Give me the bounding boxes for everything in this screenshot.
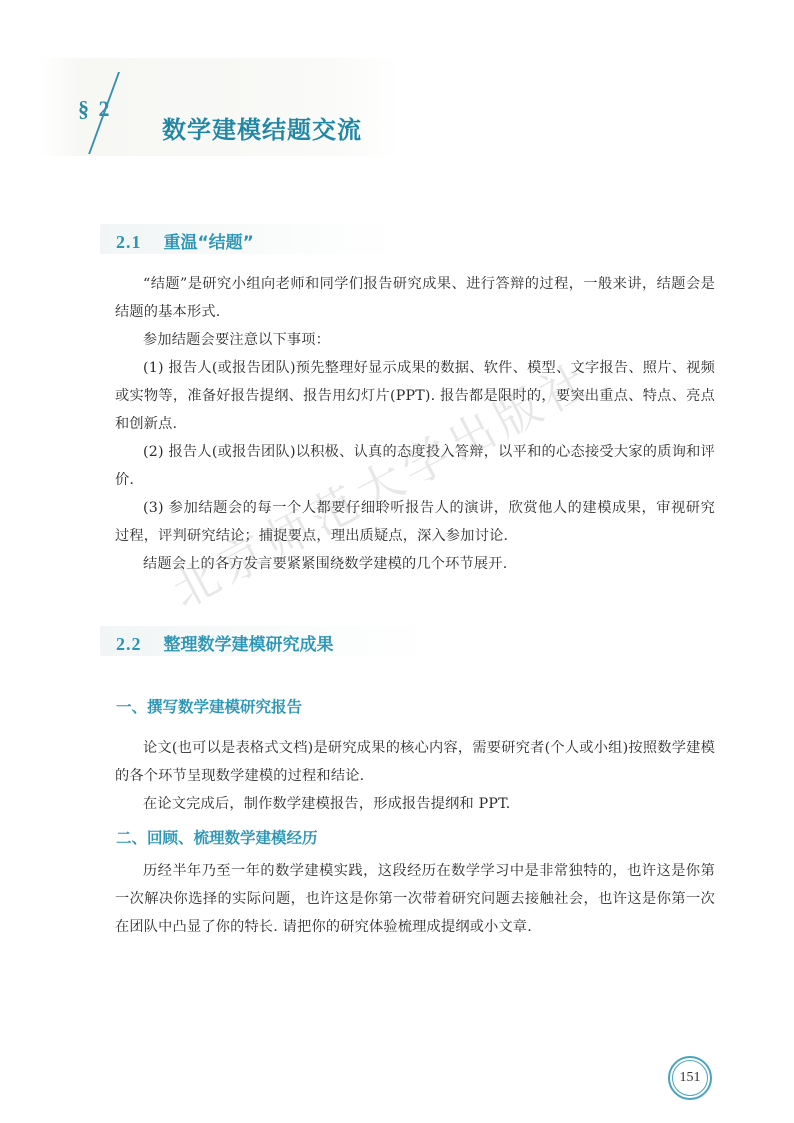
list-item: (2) 报告人(或报告团队)以积极、认真的态度投入答辩，以平和的心态接受大家的质…	[115, 438, 715, 494]
page-number: 151	[672, 1060, 708, 1096]
page-number-badge: 151	[668, 1056, 712, 1100]
list-item: (3) 参加结题会的每一个人都要仔细聆听报告人的演讲，欣赏他人的建模成果，审视研…	[115, 494, 715, 550]
paragraph: 论文(也可以是表格式文档)是研究成果的核心内容，需要研究者(个人或小组)按照数学…	[115, 734, 715, 790]
subsection-number: 2.1	[116, 232, 142, 252]
sub-heading-review-experience: 二、回顾、梳理数学建模经历	[116, 826, 318, 848]
subsection-title: 重温“结题”	[164, 233, 254, 253]
paragraph: 参加结题会要注意以下事项：	[115, 326, 715, 354]
paragraph: “结题”是研究小组向老师和同学们报告研究成果、进行答辩的过程，一般来讲，结题会是…	[115, 270, 715, 326]
subsection-number: 2.2	[116, 634, 142, 654]
textbook-page: § 2 数学建模结题交流 2.1重温“结题” “结题”是研究小组向老师和同学们报…	[0, 0, 794, 1123]
section-title: 数学建模结题交流	[162, 110, 362, 145]
subsection-heading-2-1: 2.1重温“结题”	[116, 228, 254, 253]
subsection-heading-2-2: 2.2整理数学建模研究成果	[116, 630, 334, 655]
sub-heading-write-report: 一、撰写数学建模研究报告	[116, 695, 302, 717]
paragraph: 历经半年乃至一年的数学建模实践，这段经历在数学学习中是非常独特的，也许这是你第一…	[115, 857, 715, 941]
subsection-title: 整理数学建模研究成果	[164, 635, 334, 655]
paragraph: 结题会上的各方发言要紧紧围绕数学建模的几个环节展开.	[115, 550, 715, 578]
paragraph: 在论文完成后，制作数学建模报告，形成报告提纲和 PPT.	[115, 790, 715, 818]
list-item: (1) 报告人(或报告团队)预先整理好显示成果的数据、软件、模型、文字报告、照片…	[115, 354, 715, 438]
